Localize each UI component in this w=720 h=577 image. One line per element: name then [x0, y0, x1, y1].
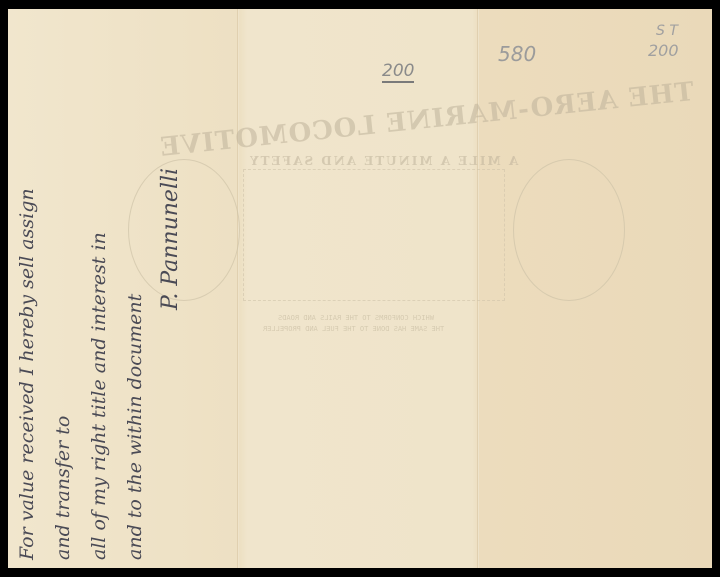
bleed-through-caption-1: WHICH CONFORMS TO THE RAILS AND ROADS	[278, 314, 434, 322]
signature: P. Pannunelli	[152, 168, 188, 560]
bleed-through-subtitle: A MILE A MINUTE AND SAFETY	[248, 154, 518, 168]
assignment-line-4: and to the within document	[116, 168, 152, 560]
handwritten-assignment: For value received I hereby sell assign …	[8, 168, 188, 560]
fold-line-left	[237, 9, 239, 568]
portrait-oval-right	[513, 159, 625, 301]
pencil-note-200: 200	[382, 61, 414, 83]
pencil-note-200-corner: 200	[648, 41, 679, 60]
bleed-through-caption-2: THE SAME HAS DONE TO THE FUEL AND PROPEL…	[263, 325, 444, 333]
assignment-line-3: all of my right title and interest in	[80, 168, 116, 560]
pencil-note-st: S T	[656, 23, 678, 39]
assignment-line-1: For value received I hereby sell assign	[8, 168, 44, 560]
pencil-note-580: 580	[498, 42, 536, 66]
assignment-line-2: and transfer to	[44, 168, 80, 560]
locomotive-illustration	[243, 169, 505, 301]
